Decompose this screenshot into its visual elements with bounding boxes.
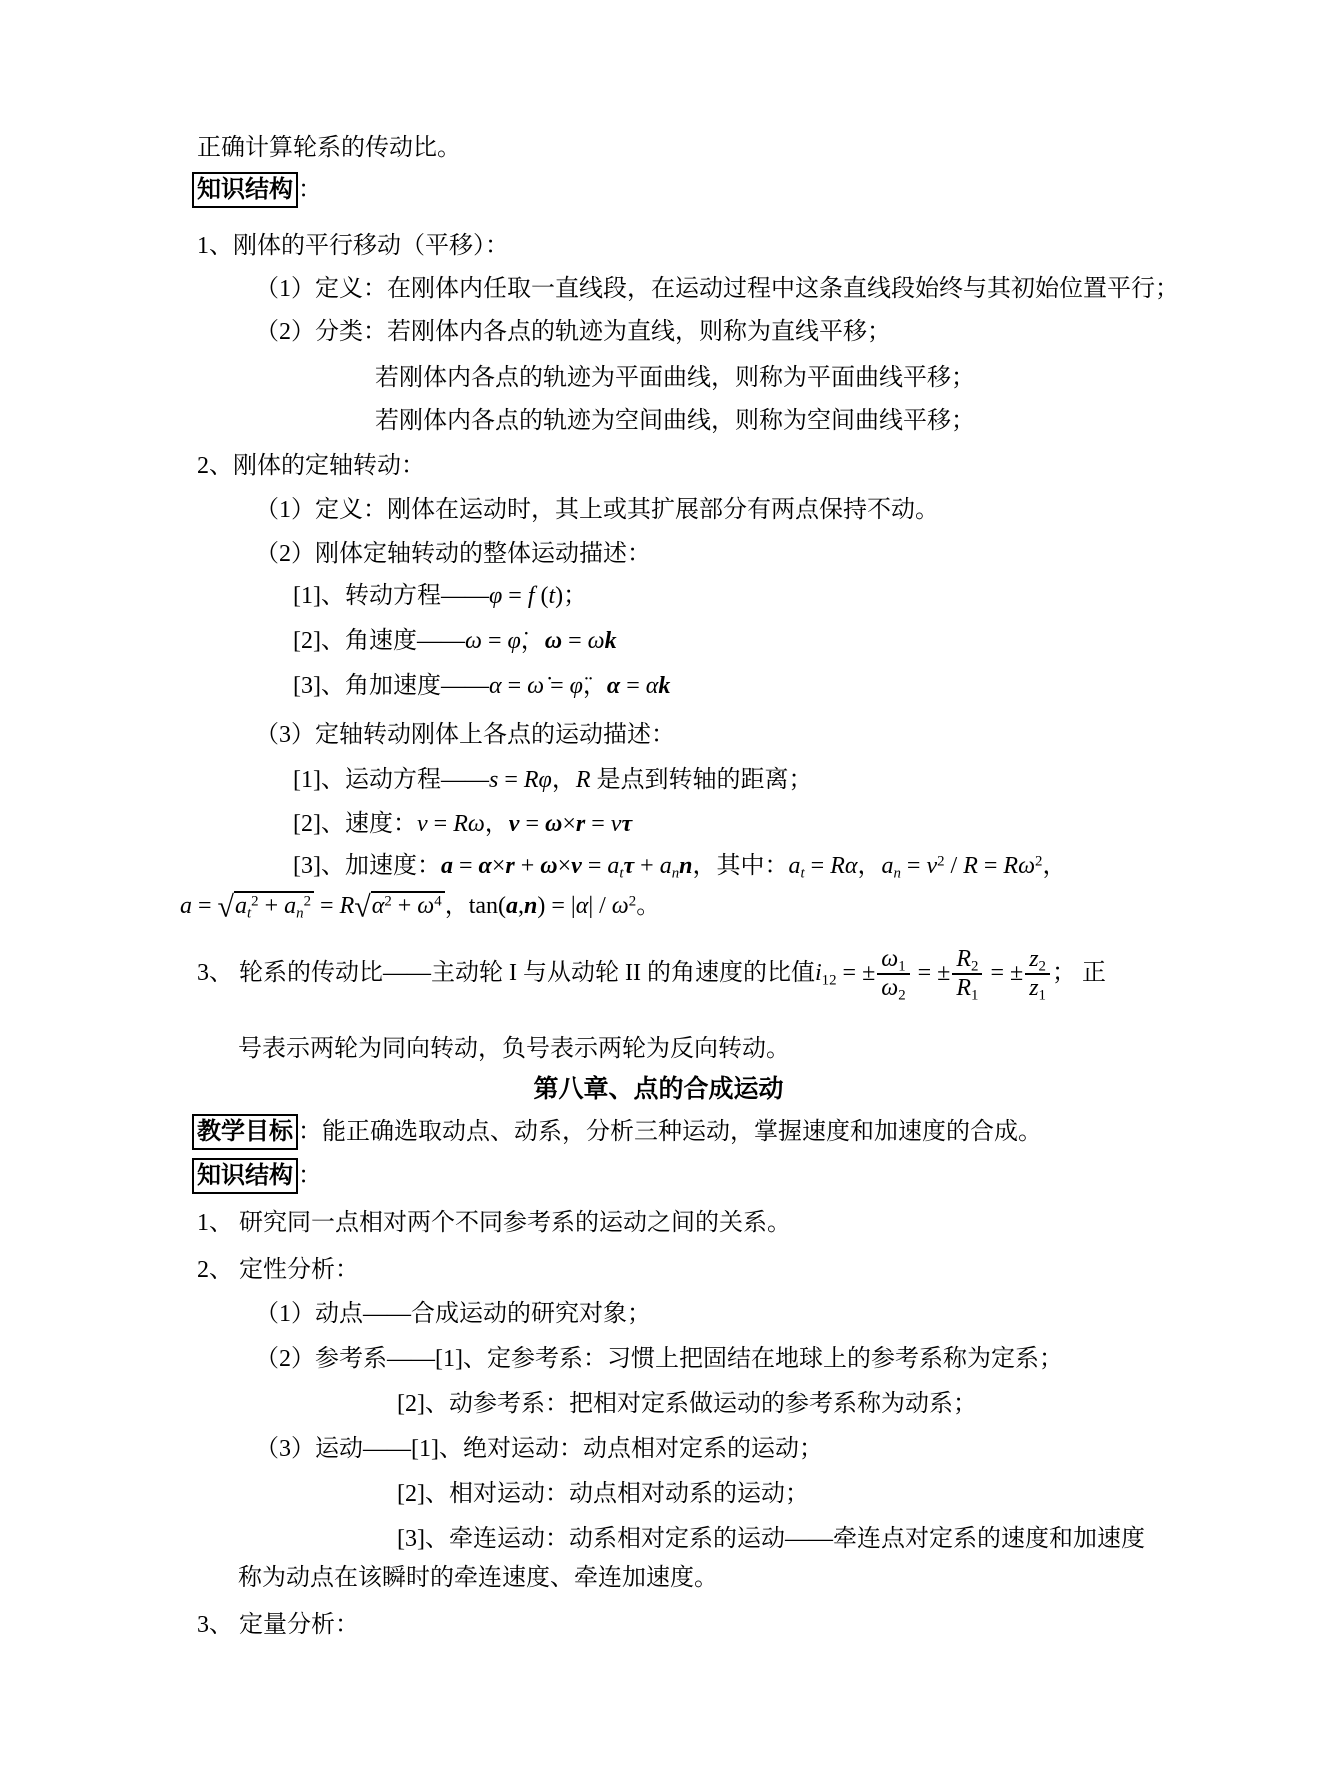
item1-definition: （1）定义：在刚体内任取一直线段，在运动过程中这条直线段始终与其初始位置平行； xyxy=(255,271,1179,307)
ch8-item2-heading: 2、 定性分析： xyxy=(197,1252,359,1288)
knowledge-structure-line-2: 知识结构： xyxy=(192,1158,322,1194)
ch8-moving-frame: [2]、动参考系：把相对定系做运动的参考系称为动系； xyxy=(397,1386,977,1422)
ch8-relative-motion: [2]、相对运动：动点相对动系的运动； xyxy=(397,1476,809,1512)
angular-acceleration-equation: [3]、角加速度——α = ω̇ = φ̈，α = αk xyxy=(293,668,670,704)
item2-points-desc: （3）定轴转动刚体上各点的运动描述： xyxy=(255,717,675,753)
angular-velocity-equation: [2]、角速度——ω = φ̇，ω = ωk xyxy=(293,623,617,659)
motion-equation: [1]、运动方程——s = Rφ，R 是点到转轴的距离； xyxy=(293,762,812,798)
item1-classification-cont-2: 若刚体内各点的轨迹为空间曲线，则称为空间曲线平移； xyxy=(375,403,975,439)
intro-line: 正确计算轮系的传动比。 xyxy=(197,130,461,166)
document-page: 正确计算轮系的传动比。 知识结构： 1、刚体的平行移动（平移）： （1）定义：在… xyxy=(0,0,1317,1788)
ch8-item3-heading: 3、 定量分析： xyxy=(197,1607,359,1643)
velocity-equation: [2]、速度：v = Rω，v = ω×r = vτ xyxy=(293,806,632,842)
label-colon-1: ： xyxy=(298,177,322,203)
acceleration-equation-cont: a = √at2 + an2 = R√α2 + ω4，tan(a,n) = |α… xyxy=(180,888,660,926)
rotation-equation: [1]、转动方程——φ = f (t)； xyxy=(293,578,587,614)
knowledge-structure-line-1: 知识结构： xyxy=(192,172,322,208)
acceleration-equation: [3]、加速度：a = α×r + ω×v = atτ + ann，其中：at … xyxy=(293,848,1066,884)
knowledge-structure-box-1: 知识结构 xyxy=(192,172,298,208)
item1-classification: （2）分类：若刚体内各点的轨迹为直线，则称为直线平移； xyxy=(255,314,891,350)
teaching-goal-line: 教学目标：能正确选取动点、动系，分析三种运动，掌握速度和加速度的合成。 xyxy=(192,1114,1042,1150)
item2-heading: 2、刚体的定轴转动： xyxy=(197,448,425,484)
knowledge-structure-box-2: 知识结构 xyxy=(192,1158,298,1194)
teaching-goal-text: ：能正确选取动点、动系，分析三种运动，掌握速度和加速度的合成。 xyxy=(298,1119,1042,1145)
item2-definition: （1）定义：刚体在运动时，其上或其扩展部分有两点保持不动。 xyxy=(255,492,939,528)
transmission-ratio-line: 3、 轮系的传动比——主动轮 I 与从动轮 II 的角速度的比值i12 = ±ω… xyxy=(197,938,1106,1008)
ch8-reference-frames: （2）参考系——[1]、定参考系：习惯上把固结在地球上的参考系称为定系； xyxy=(255,1341,1063,1377)
ch8-moving-point: （1）动点——合成运动的研究对象； xyxy=(255,1296,651,1332)
ch8-convected-motion-cont: 称为动点在该瞬时的牵连速度、牵连加速度。 xyxy=(238,1560,718,1596)
chapter8-title: 第八章、点的合成运动 xyxy=(0,1072,1317,1108)
ch8-item1: 1、 研究同一点相对两个不同参考系的运动之间的关系。 xyxy=(197,1205,791,1241)
item1-classification-cont-1: 若刚体内各点的轨迹为平面曲线，则称为平面曲线平移； xyxy=(375,360,975,396)
transmission-ratio-cont: 号表示两轮为同向转动，负号表示两轮为反向转动。 xyxy=(238,1031,790,1067)
ch8-motions: （3）运动——[1]、绝对运动：动点相对定系的运动； xyxy=(255,1431,823,1467)
label-colon-2: ： xyxy=(298,1163,322,1189)
teaching-goal-box: 教学目标 xyxy=(192,1114,298,1150)
item2-overall-desc: （2）刚体定轴转动的整体运动描述： xyxy=(255,536,651,572)
item1-heading: 1、刚体的平行移动（平移）： xyxy=(197,228,509,264)
ch8-convected-motion: [3]、牵连运动：动系相对定系的运动——牵连点对定系的速度和加速度 xyxy=(397,1521,1145,1557)
